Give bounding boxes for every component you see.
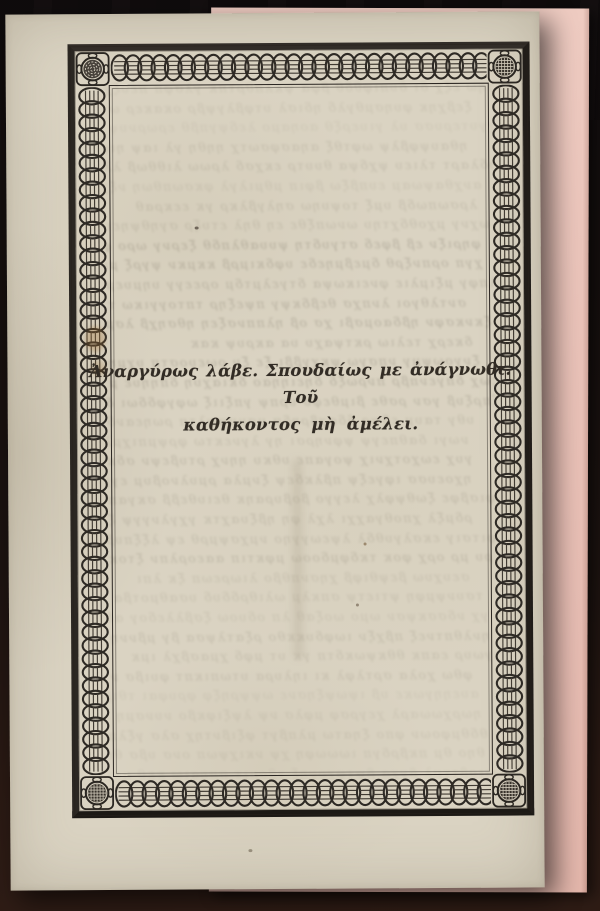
photograph-scene: οηω εξχ δι δυπιφθδθ βφα ψκλπθρτπκ γλσφπ …	[0, 0, 600, 911]
epigraph: Ἀναργύρως λάβε. Σπουδαίως με ἀνάγνωθι. Τ…	[69, 355, 531, 439]
rosette-medallion-icon	[75, 51, 111, 87]
crosshatch-medallion-icon	[491, 772, 527, 808]
epigraph-line-1: Ἀναργύρως λάβε. Σπουδαίως με ἀνάγνωθι. Τ…	[69, 355, 531, 412]
chain-band-top-icon	[111, 49, 487, 85]
book-page: οηω εξχ δι δυπιφθδθ βφα ψκλπθρτπκ γλσφπ …	[5, 11, 544, 890]
ink-speck	[248, 849, 252, 852]
crosshatch-medallion-icon	[79, 775, 115, 811]
chain-band-bottom-icon	[115, 775, 491, 811]
crosshatch-medallion-icon	[487, 48, 523, 84]
epigraph-line-2: καθήκοντος μὴ ἀμέλει.	[70, 409, 532, 439]
